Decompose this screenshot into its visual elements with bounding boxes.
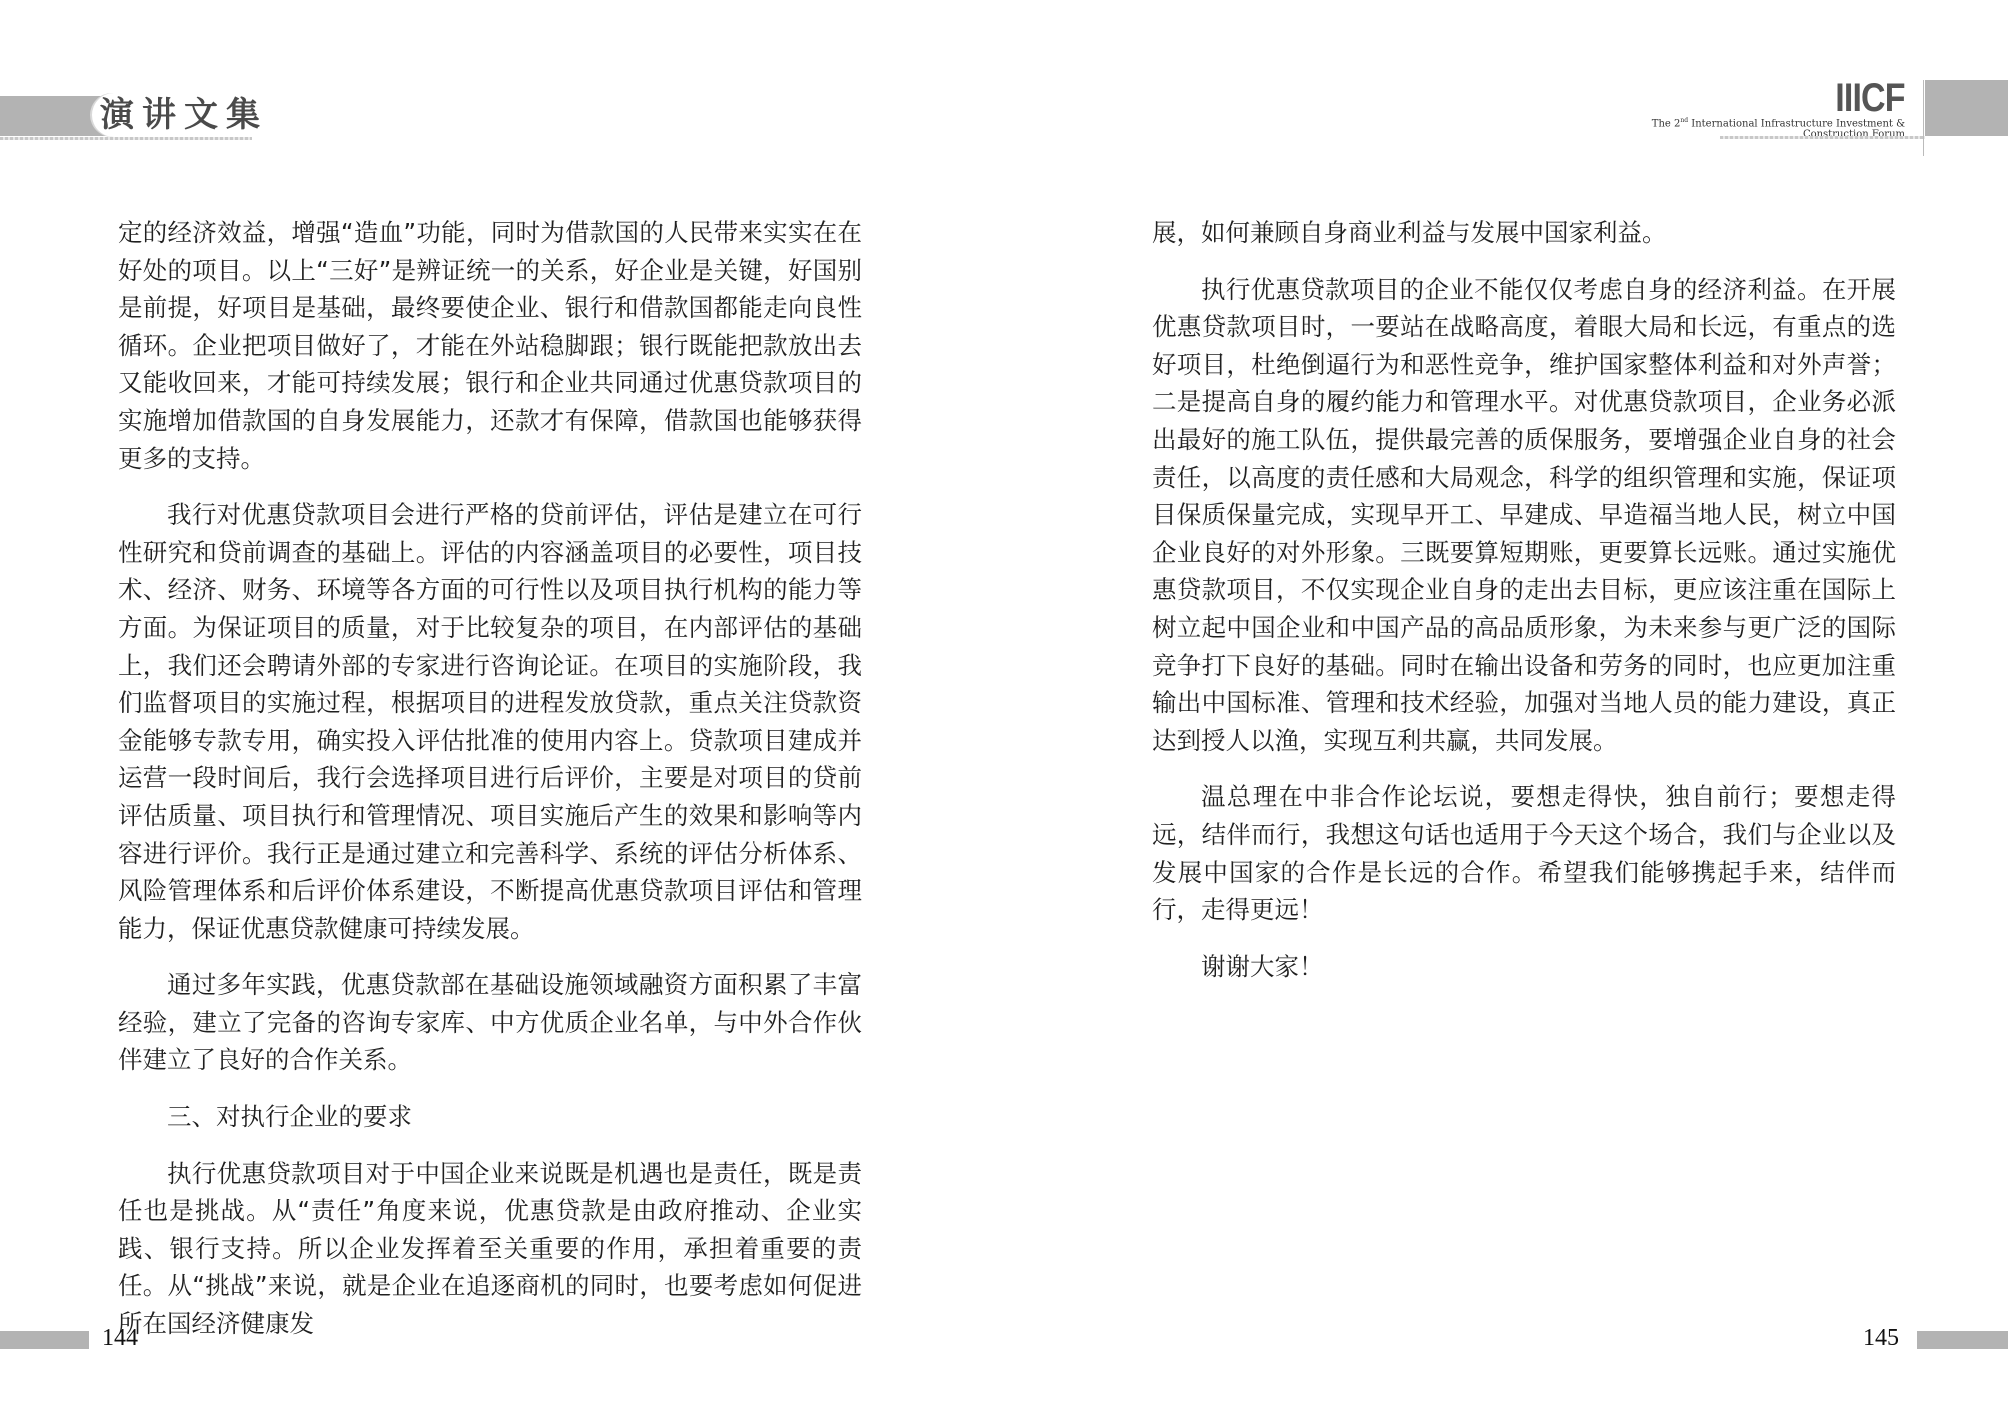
closing-line: 谢谢大家！ [1152, 948, 1896, 986]
footer-left-bar [0, 1331, 89, 1349]
paragraph: 我行对优惠贷款项目会进行严格的贷前评估，评估是建立在可行性研究和贷前调查的基础上… [118, 496, 862, 947]
right-column-text: 展，如何兼顾自身商业利益与发展中国家利益。 执行优惠贷款项目的企业不能仅仅考虑自… [1152, 214, 1896, 985]
page-number-left: 144 [102, 1325, 138, 1352]
header-left-rule [0, 137, 252, 140]
page-number-right: 145 [1863, 1325, 1899, 1352]
forum-subtitle-sup: nd [1680, 117, 1688, 124]
forum-subtitle-pre: The 2 [1652, 118, 1681, 129]
section-title: 演讲文集 [100, 95, 268, 135]
paragraph: 执行优惠贷款项目的企业不能仅仅考虑自身的经济利益。在开展优惠贷款项目时，一要站在… [1152, 271, 1896, 760]
forum-logo: IIICF [1836, 78, 1905, 118]
paragraph: 温总理在中非合作论坛说，要想走得快，独自前行；要想走得远，结伴而行，我想这句话也… [1152, 778, 1896, 928]
footer-right-bar [1917, 1331, 2008, 1349]
header-right-rule [1720, 136, 1925, 139]
forum-subtitle-post: International Infrastructure Investment … [1688, 118, 1905, 129]
paragraph: 执行优惠贷款项目对于中国企业来说既是机遇也是责任，既是责任也是挑战。从“责任”角… [118, 1155, 862, 1343]
forum-subtitle-line1: The 2nd International Infrastructure Inv… [1652, 115, 1905, 129]
paragraph: 通过多年实践，优惠贷款部在基础设施领域融资方面积累了丰富经验，建立了完备的咨询专… [118, 966, 862, 1079]
left-column-text: 定的经济效益，增强“造血”功能，同时为借款国的人民带来实实在在好处的项目。以上“… [118, 214, 862, 1343]
header-right-divider [1923, 80, 1924, 156]
paragraph: 定的经济效益，增强“造血”功能，同时为借款国的人民带来实实在在好处的项目。以上“… [118, 214, 862, 477]
section-heading: 三、对执行企业的要求 [118, 1098, 862, 1136]
paragraph: 展，如何兼顾自身商业利益与发展中国家利益。 [1152, 214, 1896, 252]
header-right-bar [1925, 80, 2008, 136]
